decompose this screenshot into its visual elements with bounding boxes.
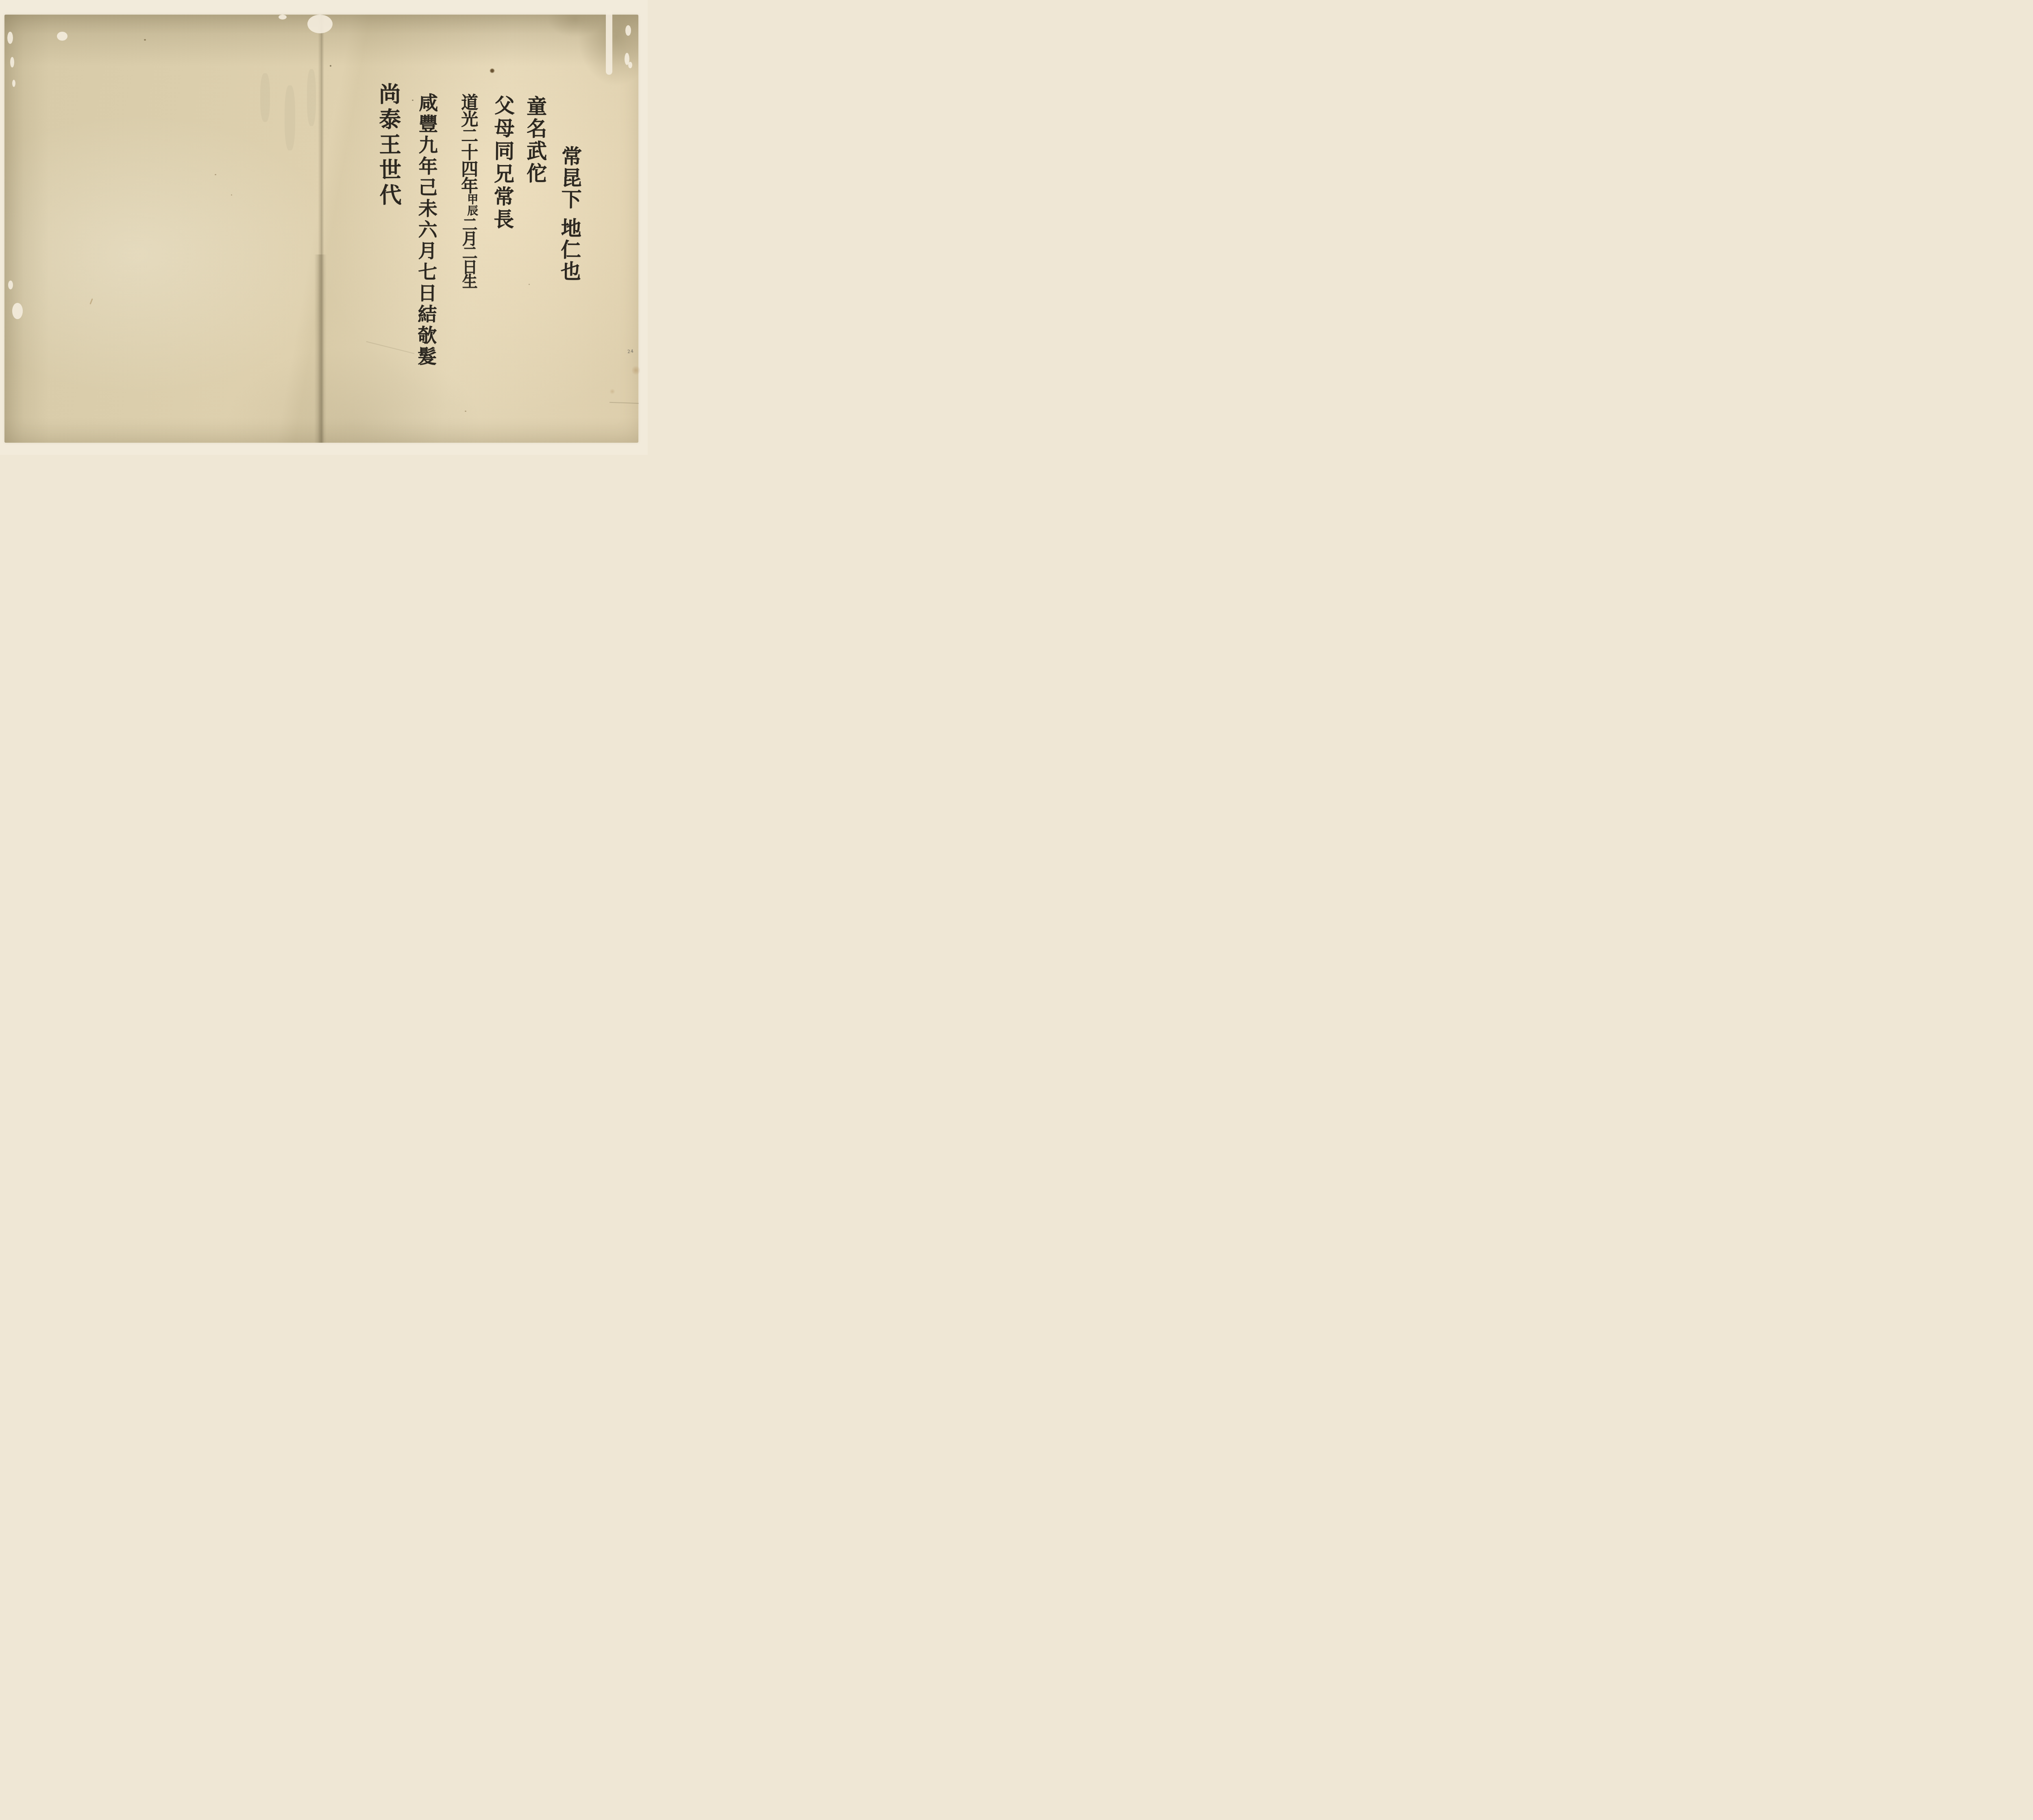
paper-damage-chip [279, 15, 287, 20]
paper-damage-chip [12, 80, 15, 87]
pencil-page-number-text: 24 [627, 348, 634, 354]
birth-era-text: 道光二十四年 [459, 94, 479, 194]
paper-damage-chip [625, 25, 631, 36]
speck-stain [465, 411, 466, 412]
crease-line [609, 402, 639, 404]
childhood-name-text: 童名武佗 [523, 96, 547, 185]
speck-stain [231, 194, 232, 196]
dark-ink-spot-stain [490, 68, 495, 73]
reign-era-text: 尚泰王世代 [375, 83, 402, 209]
paper-damage-chip [628, 62, 632, 68]
heading-line-top: 常昆下 [558, 146, 582, 211]
speck-stain [215, 174, 216, 175]
column-reign-era: 尚泰王世代 [377, 83, 400, 209]
paper-damage-chip [10, 57, 14, 67]
brown-smudge-stain [632, 365, 640, 376]
speck-stain [144, 39, 146, 41]
crease-line [366, 341, 415, 354]
paper-damage-chip [8, 281, 13, 289]
coming-of-age-text: 咸豐九年己未六月七日結欹髮 [414, 93, 438, 367]
speck-stain [529, 284, 530, 285]
pencil-page-number: 24 [627, 348, 634, 354]
paper-damage-chip [307, 15, 333, 33]
paper-damage-chip [7, 32, 13, 44]
brown-smudge-stain [609, 389, 615, 394]
birth-date-text: 二月二日生 [459, 216, 478, 287]
column-gap [569, 210, 570, 217]
column-childhood-name: 童名武佗 [525, 96, 545, 185]
column-birth-date: 道光二十四年甲辰二月二日生 [460, 94, 477, 287]
paper-damage-chip [57, 32, 67, 41]
column-parents-sibling: 父母同兄常長 [492, 95, 513, 231]
speck-stain [412, 100, 414, 101]
fiber-stain [89, 298, 93, 304]
aged-paper-sheet: 常昆下地仁也 童名武佗 父母同兄常長 道光二十四年甲辰二月二日生 咸豐九年己未六… [4, 15, 638, 443]
scanned-manuscript-page: 常昆下地仁也 童名武佗 父母同兄常長 道光二十四年甲辰二月二日生 咸豐九年己未六… [0, 0, 648, 455]
ink-bleedthrough-mark [260, 73, 270, 122]
column-coming-of-age: 咸豐九年己未六月七日結欹髮 [416, 93, 437, 367]
speck-stain [330, 65, 331, 67]
paper-damage-chip [12, 303, 23, 319]
ink-bleedthrough-mark [285, 85, 295, 150]
parents-sibling-text: 父母同兄常長 [490, 95, 515, 231]
birth-cyclic-year-text: 甲辰 [466, 194, 477, 216]
center-fold-crease-lower [314, 254, 326, 443]
heading-line-bottom: 地仁也 [557, 217, 582, 283]
paper-damage-chip [606, 10, 612, 75]
column-heading-name: 常昆下地仁也 [559, 146, 581, 282]
ink-bleedthrough-mark [307, 69, 316, 126]
